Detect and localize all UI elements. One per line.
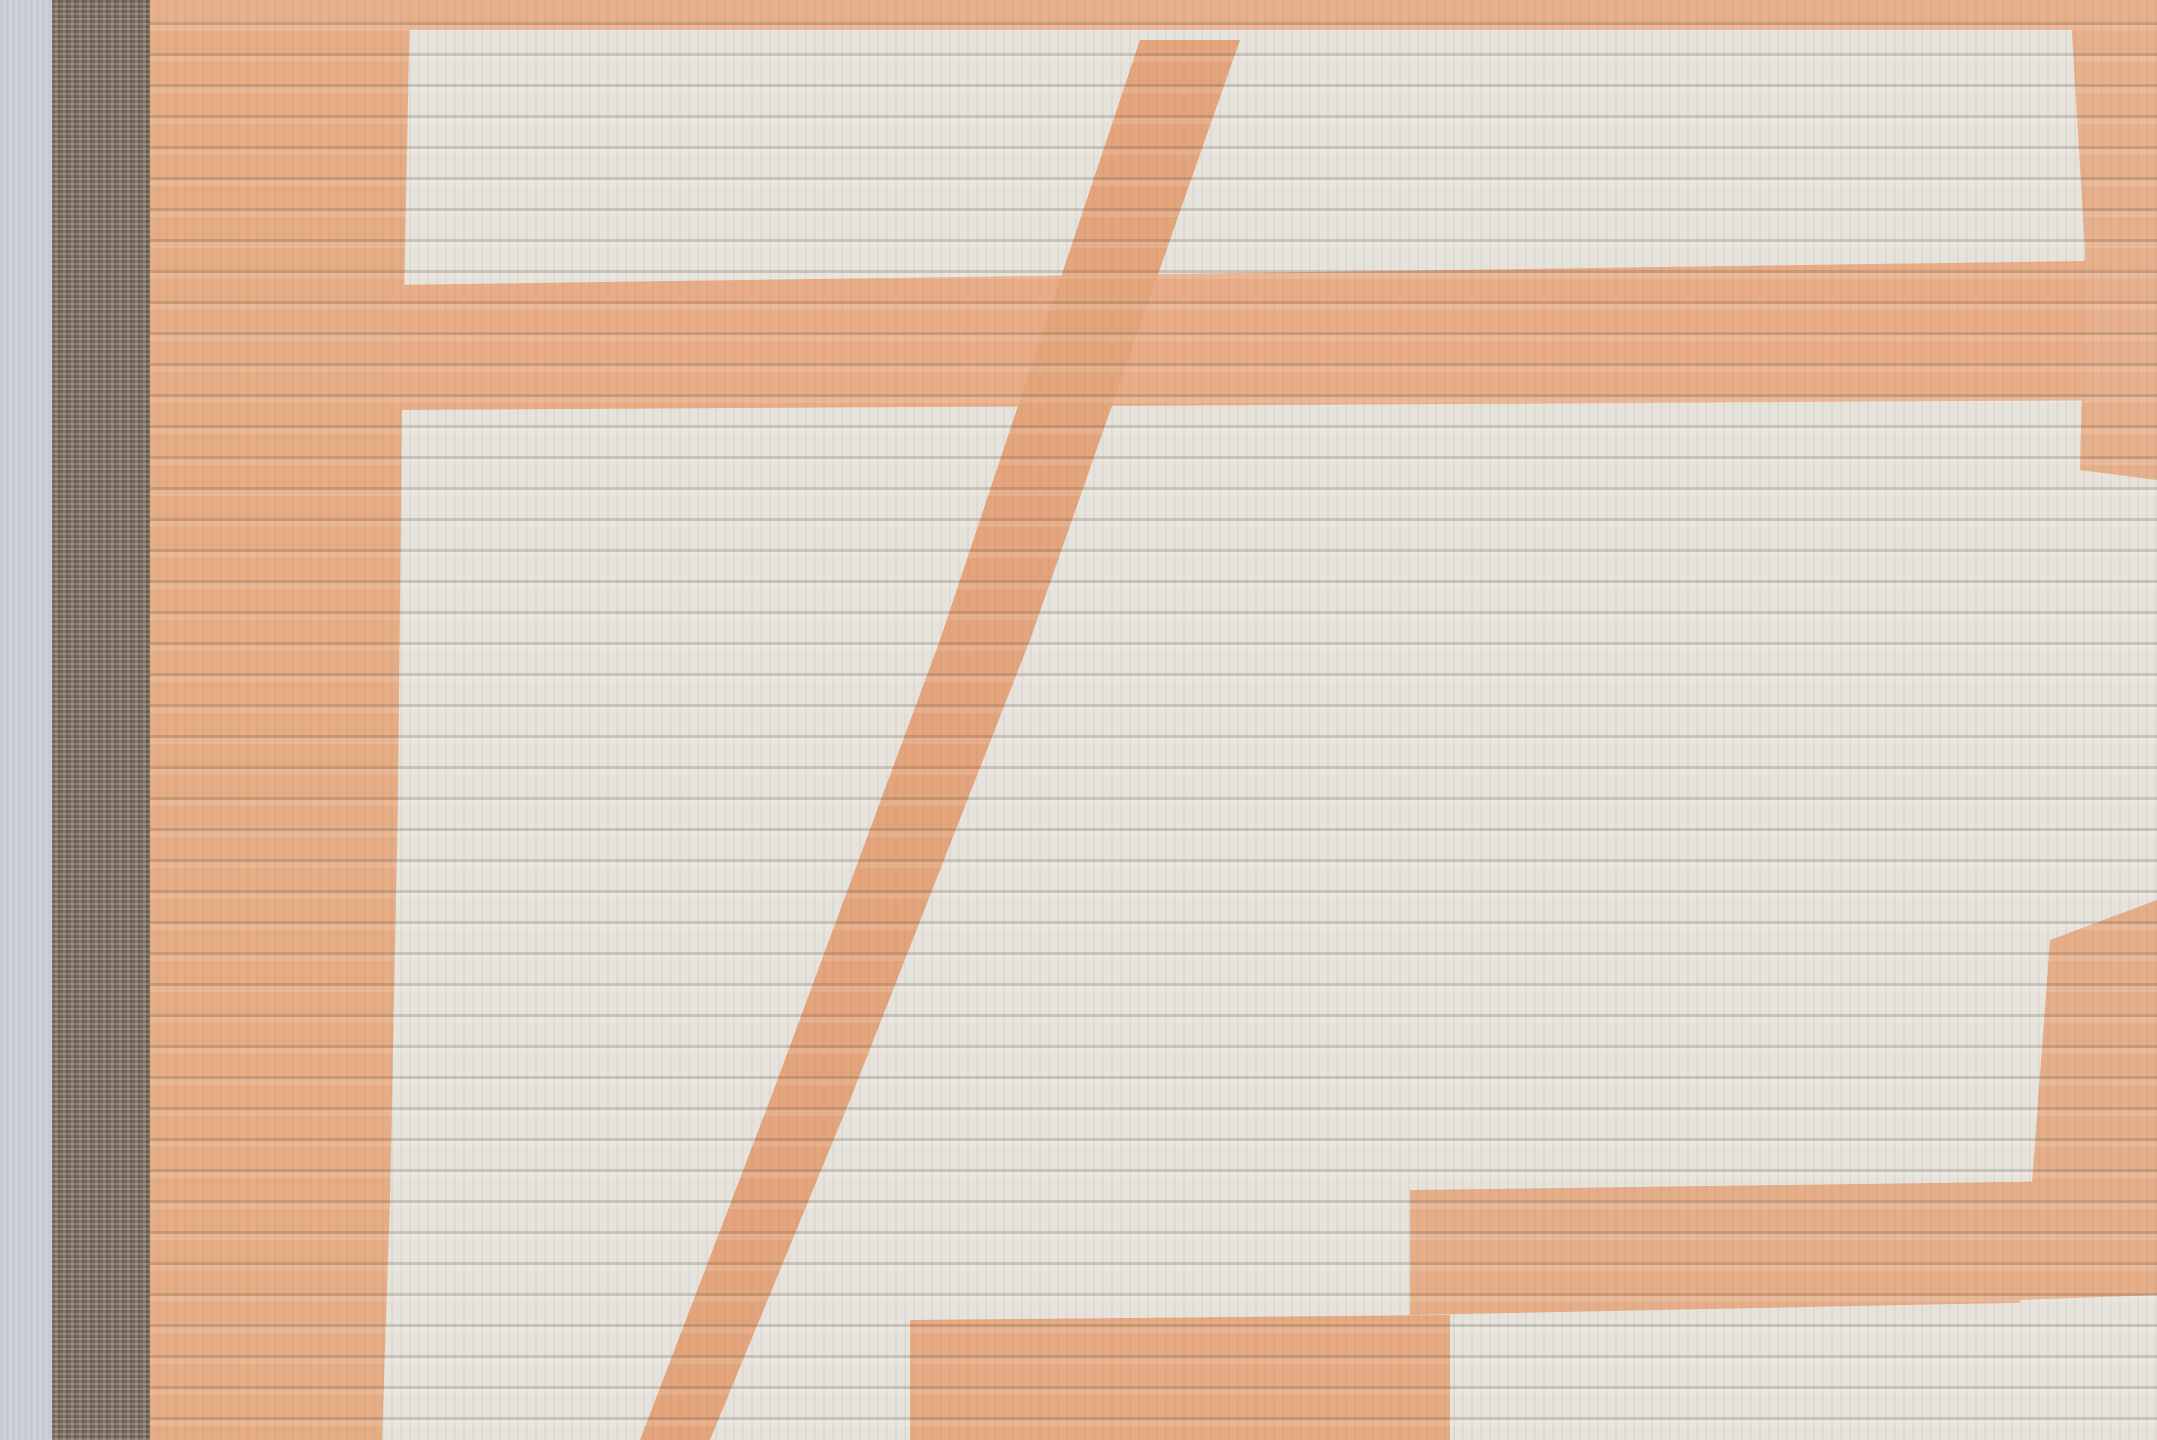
kilim-border	[52, 0, 162, 1440]
rug-pile	[150, 0, 2157, 1440]
rug-photo	[0, 0, 2157, 1440]
rug-pattern	[150, 0, 2157, 1440]
floor	[0, 0, 60, 1440]
